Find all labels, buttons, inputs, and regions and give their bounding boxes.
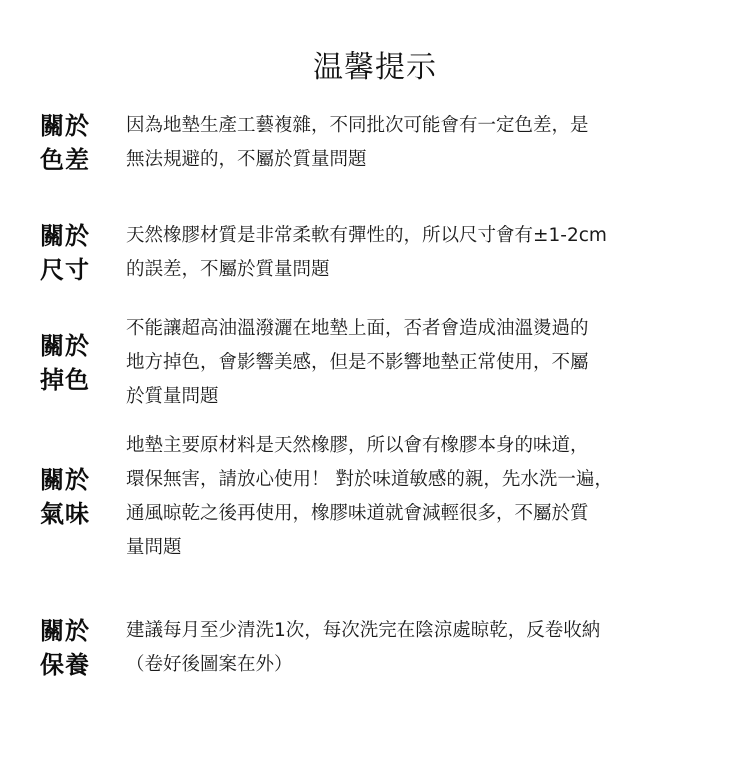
section-label: 關於 尺寸 (40, 219, 120, 287)
section-label-line: 關於 (40, 329, 120, 363)
section-body: 天然橡膠材質是非常柔軟有彈性的，所以尺寸會有±1-2cm 的誤差，不屬於質量問題 (126, 219, 726, 287)
section-label-line: 尺寸 (40, 253, 120, 287)
page-title: 温馨提示 (0, 48, 750, 88)
section-label-line: 關於 (40, 219, 120, 253)
body-line: 無法規避的，不屬於質量問題 (126, 143, 726, 177)
body-line: 天然橡膠材質是非常柔軟有彈性的，所以尺寸會有±1-2cm (126, 219, 726, 253)
body-line: （卷好後圖案在外） (126, 648, 726, 682)
body-line: 的誤差，不屬於質量問題 (126, 253, 726, 287)
section-label-line: 關於 (40, 109, 120, 143)
body-line: 通風晾乾之後再使用，橡膠味道就會減輕很多，不屬於質 (126, 497, 726, 531)
section-label: 關於 掉色 (40, 329, 120, 397)
section-label-line: 色差 (40, 143, 120, 177)
section-body: 因為地墊生產工藝複雜，不同批次可能會有一定色差，是 無法規避的，不屬於質量問題 (126, 109, 726, 177)
section-label-line: 關於 (40, 463, 120, 497)
section-label-line: 氣味 (40, 497, 120, 531)
section-body: 地墊主要原材料是天然橡膠，所以會有橡膠本身的味道， 環保無害，請放心使用！ 對於… (126, 429, 726, 565)
section-body: 建議每月至少清洗1次，每次洗完在陰涼處晾乾，反卷收納 （卷好後圖案在外） (126, 614, 726, 682)
body-line: 環保無害，請放心使用！ 對於味道敏感的親，先水洗一遍， (126, 463, 726, 497)
section-label-line: 掉色 (40, 363, 120, 397)
body-line: 於質量問題 (126, 380, 726, 414)
section-label: 關於 色差 (40, 109, 120, 177)
section-label: 關於 保養 (40, 614, 120, 682)
section-label-line: 保養 (40, 648, 120, 682)
body-line: 不能讓超高油溫潑灑在地墊上面，否者會造成油溫燙過的 (126, 312, 726, 346)
body-line: 建議每月至少清洗1次，每次洗完在陰涼處晾乾，反卷收納 (126, 614, 726, 648)
body-line: 地方掉色，會影響美感，但是不影響地墊正常使用，不屬 (126, 346, 726, 380)
section-body: 不能讓超高油溫潑灑在地墊上面，否者會造成油溫燙過的 地方掉色，會影響美感，但是不… (126, 312, 726, 414)
body-line: 因為地墊生產工藝複雜，不同批次可能會有一定色差，是 (126, 109, 726, 143)
section-label: 關於 氣味 (40, 463, 120, 531)
body-line: 量問題 (126, 531, 726, 565)
section-label-line: 關於 (40, 614, 120, 648)
body-line: 地墊主要原材料是天然橡膠，所以會有橡膠本身的味道， (126, 429, 726, 463)
